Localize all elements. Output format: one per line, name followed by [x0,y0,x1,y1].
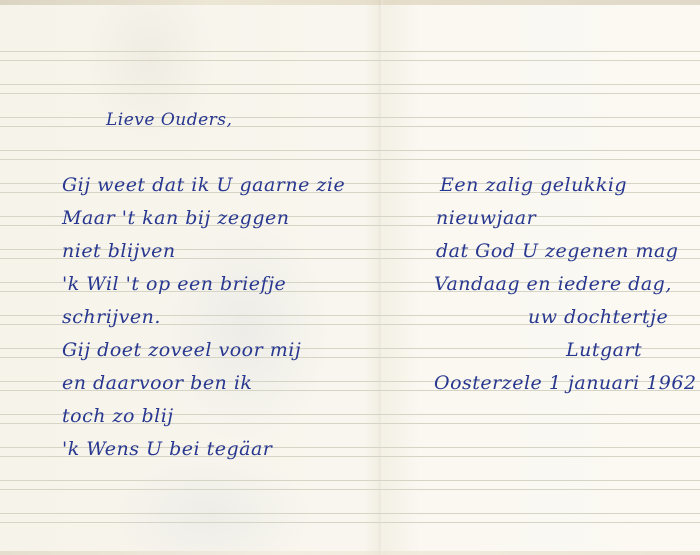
rule-line [0,84,700,85]
left-line-3: niet blijven [62,242,176,261]
left-line-6: Gij doet zoveel voor mij [62,341,301,360]
rule-line [0,126,700,127]
left-line-2: Maar 't kan bij zeggen [62,209,289,228]
rule-line [0,489,700,490]
left-line-7: en daarvoor ben ik [62,374,252,393]
signature: Lutgart [566,341,642,360]
closing: uw dochtertje [528,308,668,327]
rule-line [0,60,700,61]
rule-line [0,480,700,481]
place-date: Oosterzele 1 januari 1962 [434,374,697,393]
rule-line [0,159,700,160]
rule-line [0,93,700,94]
rule-line [0,51,700,52]
left-line-1: Gij weet dat ik U gaarne zie [62,176,345,195]
right-line-4: Vandaag en iedere dag, [434,275,672,294]
right-line-1: Een zalig gelukkig [440,176,627,195]
left-line-9: 'k Wens U bei tegäar [62,440,272,459]
rule-line [0,522,700,523]
salutation: Lieve Ouders, [106,112,232,129]
right-line-2: nieuwjaar [436,209,536,228]
right-line-3: dat God U zegenen mag [436,242,678,261]
rule-line [0,117,700,118]
rule-line [0,513,700,514]
left-line-5: schrijven. [62,308,161,327]
rule-line [0,150,700,151]
letter-paper: Lieve Ouders, Gij weet dat ik U gaarne z… [0,0,700,555]
left-line-4: 'k Wil 't op een briefje [62,275,286,294]
left-line-8: toch zo blij [62,407,174,426]
